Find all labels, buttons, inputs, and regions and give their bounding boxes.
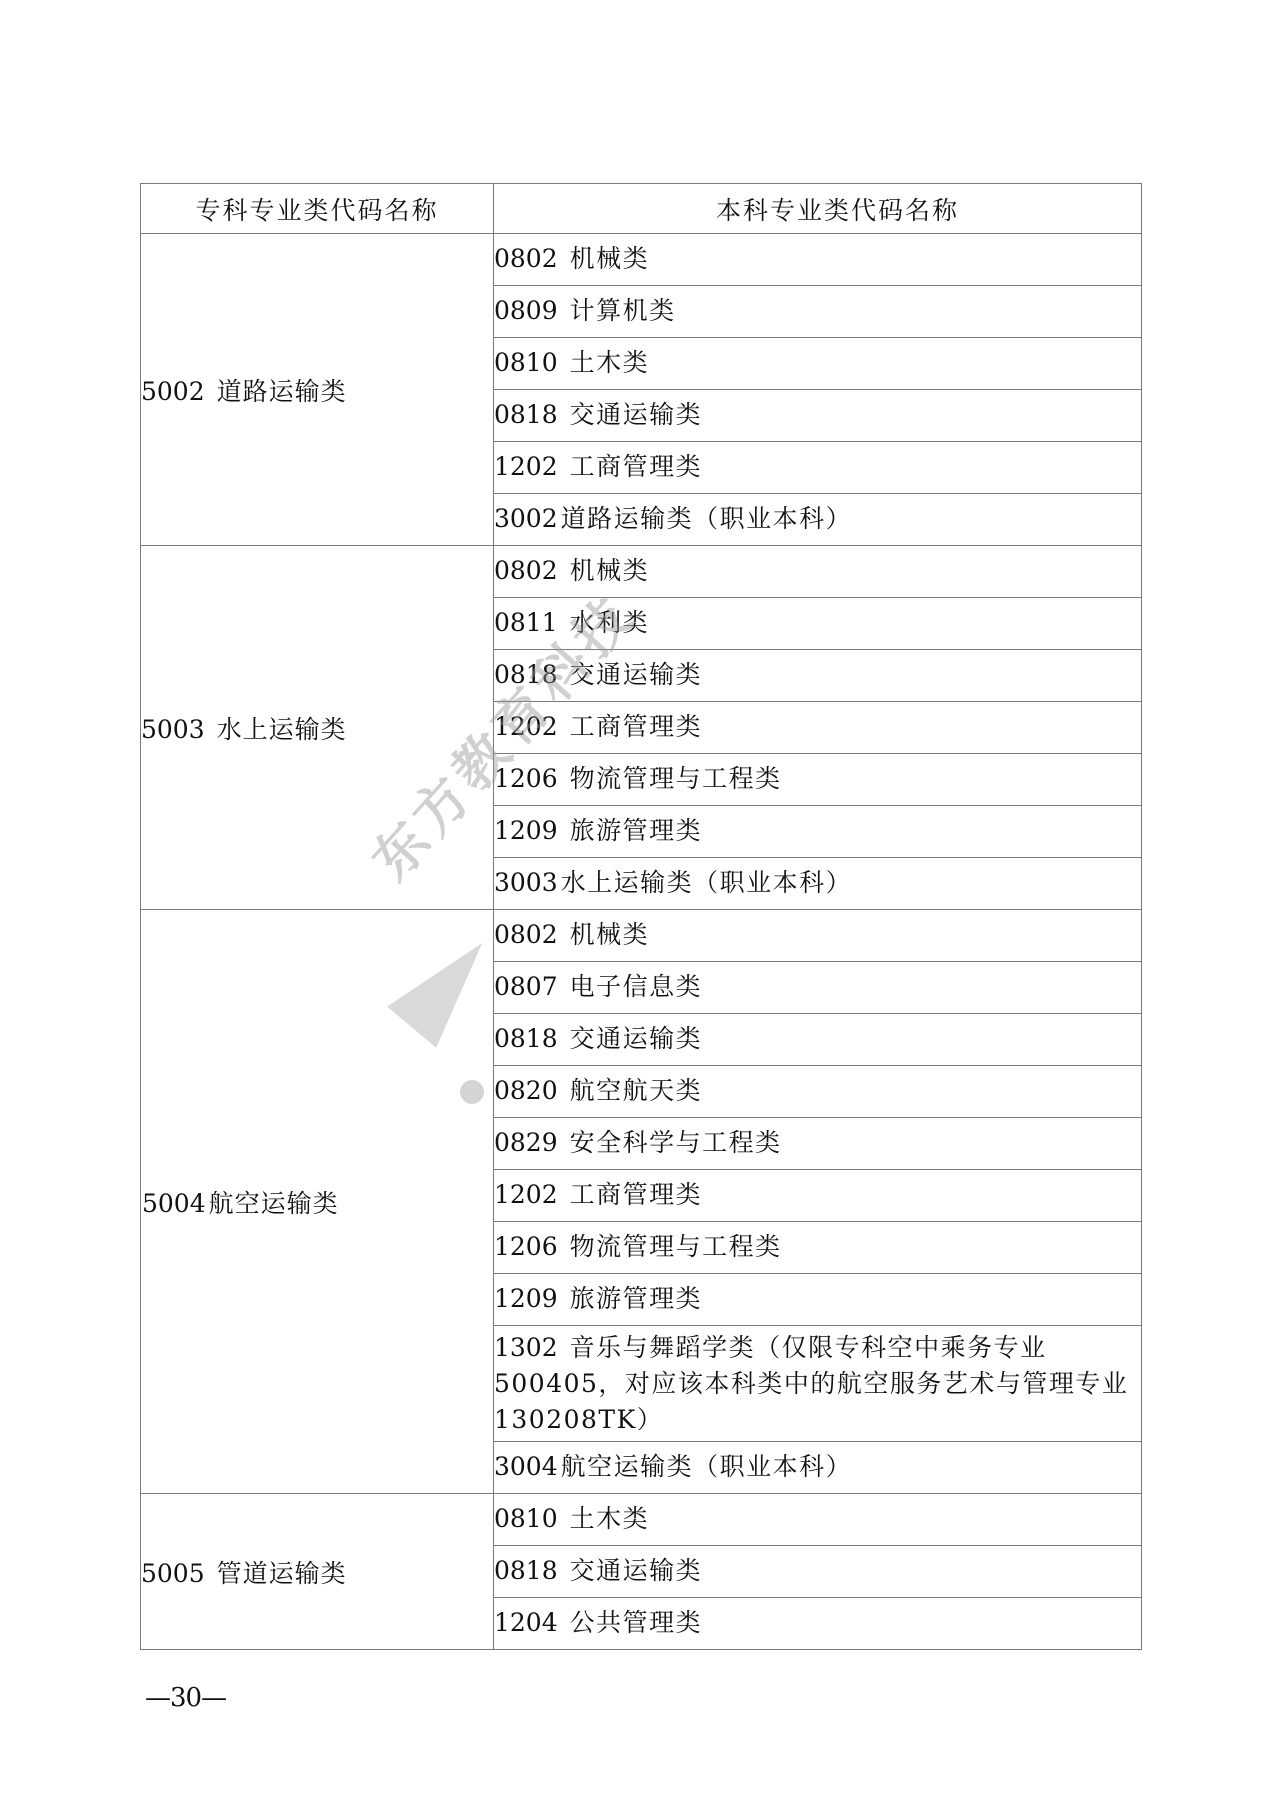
list-item: 1202工商管理类	[494, 442, 1142, 494]
group-code: 5002	[141, 377, 205, 406]
item-name: 航空航天类	[570, 1076, 703, 1105]
item-code: 0802	[494, 556, 558, 585]
group-name: 水上运输类	[217, 715, 347, 744]
list-item: 0807电子信息类	[494, 962, 1142, 1014]
list-item: 1209旅游管理类	[494, 806, 1142, 858]
item-code: 0810	[494, 1504, 558, 1533]
item-name: 土木类	[570, 348, 650, 377]
item-name: 交通运输类	[570, 400, 703, 429]
item-code: 1206	[494, 764, 558, 793]
header-undergraduate-category: 本科专业类代码名称	[494, 184, 1142, 234]
list-item: 0810土木类	[494, 338, 1142, 390]
item-code: 3003	[494, 868, 558, 897]
item-code: 0810	[494, 348, 558, 377]
item-code: 0818	[494, 660, 558, 689]
group-cell-5004: 5004航空运输类	[141, 910, 494, 1494]
list-item: 1206物流管理与工程类	[494, 1222, 1142, 1274]
group-cell-5005: 5005管道运输类	[141, 1494, 494, 1650]
item-name: 工商管理类	[570, 1180, 703, 1209]
item-name: 旅游管理类	[570, 816, 703, 845]
list-item: 1209旅游管理类	[494, 1274, 1142, 1326]
list-item: 0802机械类	[494, 234, 1142, 286]
item-code: 0809	[494, 296, 558, 325]
document-page: 专科专业类代码名称 本科专业类代码名称 5002道路运输类 0802机械类 08…	[0, 0, 1280, 1810]
item-code: 0802	[494, 244, 558, 273]
list-item: 0810土木类	[494, 1494, 1142, 1546]
list-item: 0809计算机类	[494, 286, 1142, 338]
item-name: 水利类	[570, 608, 650, 637]
table-header-row: 专科专业类代码名称 本科专业类代码名称	[141, 184, 1142, 234]
table-row: 5004航空运输类 0802机械类	[141, 910, 1142, 962]
list-item: 1206物流管理与工程类	[494, 754, 1142, 806]
item-code: 0802	[494, 920, 558, 949]
item-code: 1204	[494, 1608, 558, 1637]
item-name: 机械类	[570, 244, 650, 273]
list-item: 1202工商管理类	[494, 702, 1142, 754]
list-item: 3003水上运输类（职业本科）	[494, 858, 1142, 910]
group-cell-5003: 5003水上运输类	[141, 546, 494, 910]
item-code: 3004	[494, 1452, 558, 1481]
item-name: 交通运输类	[570, 660, 703, 689]
major-mapping-table: 专科专业类代码名称 本科专业类代码名称 5002道路运输类 0802机械类 08…	[140, 183, 1142, 1650]
item-code: 1302	[494, 1333, 558, 1362]
table-row: 5003水上运输类 0802机械类	[141, 546, 1142, 598]
table-row: 5005管道运输类 0810土木类	[141, 1494, 1142, 1546]
list-item: 0818交通运输类	[494, 1546, 1142, 1598]
item-code: 0829	[494, 1128, 558, 1157]
item-code: 3002	[494, 504, 558, 533]
item-name: 航空运输类（职业本科）	[561, 1452, 853, 1481]
item-name: 工商管理类	[570, 712, 703, 741]
item-name: 电子信息类	[570, 972, 703, 1001]
list-item: 0818交通运输类	[494, 390, 1142, 442]
item-code: 0818	[494, 1556, 558, 1585]
table-row: 5002道路运输类 0802机械类	[141, 234, 1142, 286]
item-name: 交通运输类	[570, 1024, 703, 1053]
item-code: 1202	[494, 712, 558, 741]
item-name: 交通运输类	[570, 1556, 703, 1585]
item-code: 0807	[494, 972, 558, 1001]
item-code: 1206	[494, 1232, 558, 1261]
item-name: 计算机类	[570, 296, 676, 325]
group-cell-5002: 5002道路运输类	[141, 234, 494, 546]
item-code: 0811	[494, 608, 558, 637]
item-name: 道路运输类（职业本科）	[561, 504, 853, 533]
list-item: 3002道路运输类（职业本科）	[494, 494, 1142, 546]
list-item: 0818交通运输类	[494, 1014, 1142, 1066]
list-item: 3004航空运输类（职业本科）	[494, 1442, 1142, 1494]
item-code: 1209	[494, 1284, 558, 1313]
item-name: 土木类	[570, 1504, 650, 1533]
list-item: 1204公共管理类	[494, 1598, 1142, 1650]
list-item: 0829安全科学与工程类	[494, 1118, 1142, 1170]
group-code: 5005	[141, 1559, 205, 1588]
group-name: 航空运输类	[209, 1189, 339, 1218]
list-item: 1302音乐与舞蹈学类（仅限专科空中乘务专业500405，对应该本科类中的航空服…	[494, 1326, 1142, 1442]
group-name: 管道运输类	[217, 1559, 347, 1588]
item-name: 水上运输类（职业本科）	[561, 868, 853, 897]
item-code: 1202	[494, 1180, 558, 1209]
item-name: 工商管理类	[570, 452, 703, 481]
list-item: 0802机械类	[494, 546, 1142, 598]
list-item: 0811水利类	[494, 598, 1142, 650]
list-item: 1202工商管理类	[494, 1170, 1142, 1222]
item-name: 机械类	[570, 920, 650, 949]
group-code: 5004	[142, 1189, 206, 1218]
item-code: 1209	[494, 816, 558, 845]
item-code: 0818	[494, 400, 558, 429]
item-code: 0818	[494, 1024, 558, 1053]
item-name: 物流管理与工程类	[570, 764, 782, 793]
group-code: 5003	[141, 715, 205, 744]
list-item: 0802机械类	[494, 910, 1142, 962]
list-item: 0820航空航天类	[494, 1066, 1142, 1118]
item-name: 物流管理与工程类	[570, 1232, 782, 1261]
group-name: 道路运输类	[217, 377, 347, 406]
header-vocational-category: 专科专业类代码名称	[141, 184, 494, 234]
item-name: 音乐与舞蹈学类（仅限专科空中乘务专业500405，对应该本科类中的航空服务艺术与…	[494, 1333, 1128, 1434]
item-code: 1202	[494, 452, 558, 481]
item-name: 安全科学与工程类	[570, 1128, 782, 1157]
item-name: 公共管理类	[570, 1608, 703, 1637]
item-name: 机械类	[570, 556, 650, 585]
page-number: —30—	[145, 1683, 226, 1713]
item-code: 0820	[494, 1076, 558, 1105]
list-item: 0818交通运输类	[494, 650, 1142, 702]
item-name: 旅游管理类	[570, 1284, 703, 1313]
